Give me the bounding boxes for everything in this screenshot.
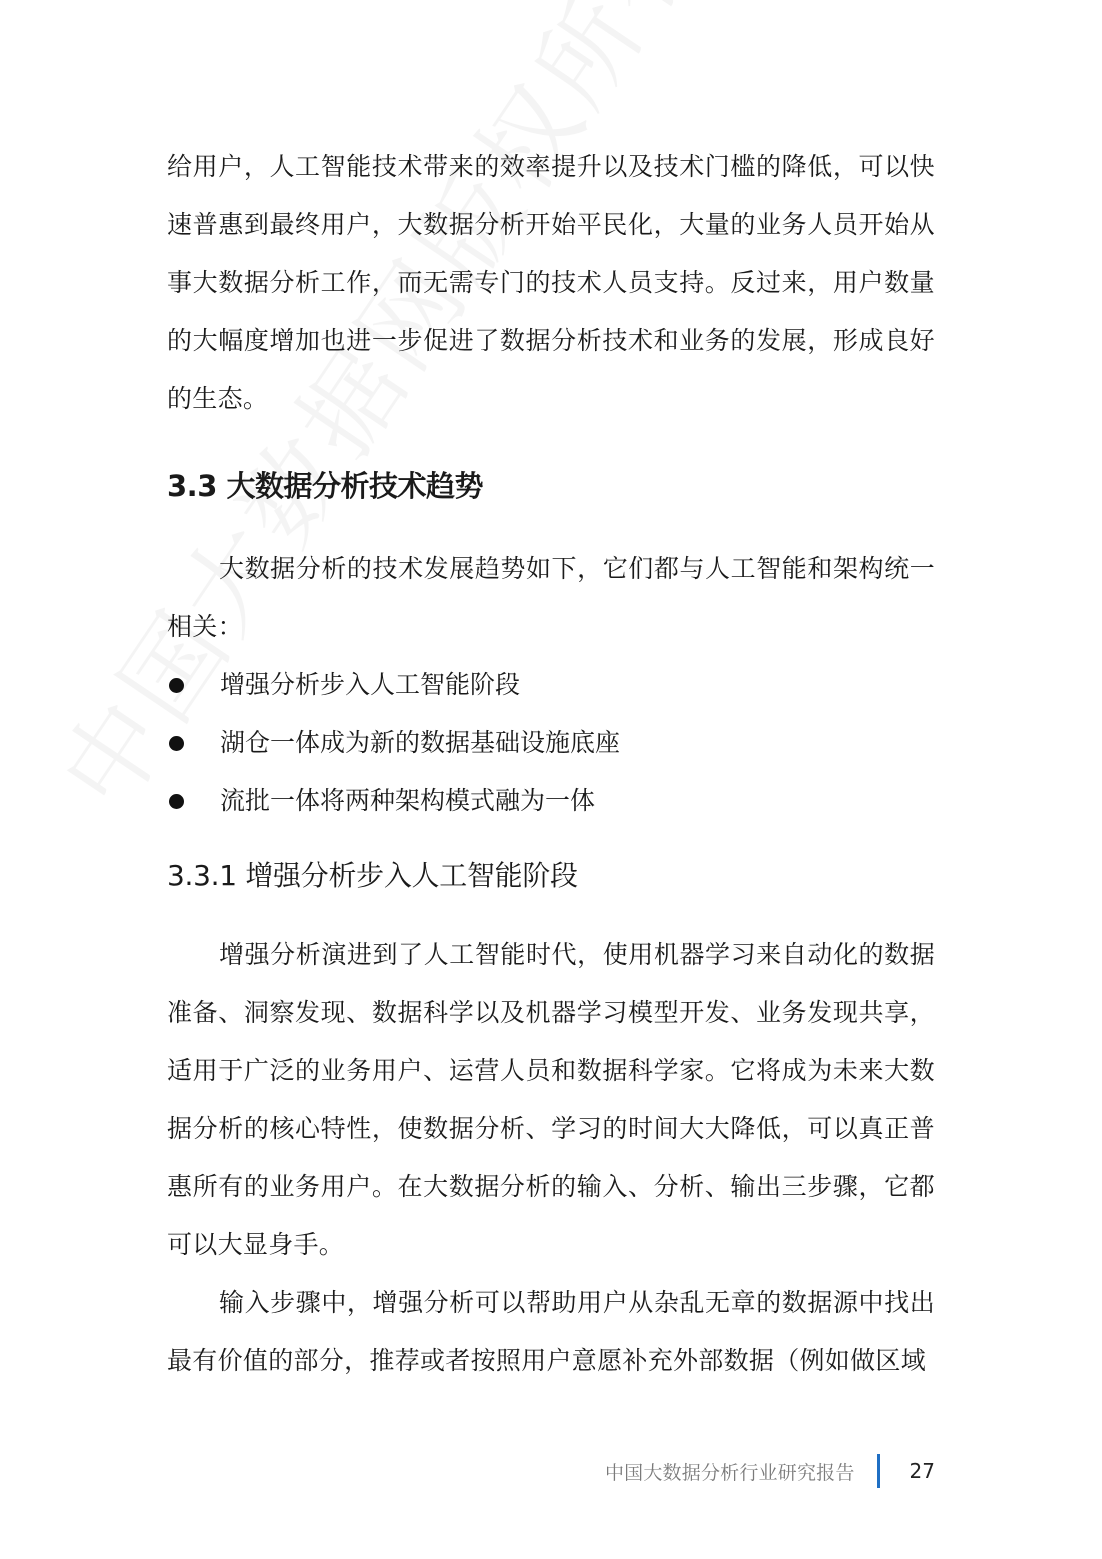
section-lead-paragraph: 大数据分析的技术发展趋势如下，它们都与人工智能和架构统一相关： [167,540,935,656]
footer-divider [877,1454,880,1488]
bullet-item: 增强分析步入人工智能阶段 [167,656,935,714]
document-page: 中国大数据网版权所有 给用户，人工智能技术带来的效率提升以及技术门槛的降低，可以… [0,0,1102,1559]
bullet-dot-icon [169,794,184,809]
subsection-paragraph: 增强分析演进到了人工智能时代，使用机器学习来自动化的数据准备、洞察发现、数据科学… [167,926,935,1274]
bullet-item: 湖仓一体成为新的数据基础设施底座 [167,714,935,772]
bullet-text: 湖仓一体成为新的数据基础设施底座 [220,714,620,772]
bullet-text: 增强分析步入人工智能阶段 [220,656,520,714]
report-title: 中国大数据分析行业研究报告 [605,1458,855,1485]
subsection-heading: 3.3.1 增强分析步入人工智能阶段 [167,856,935,896]
intro-paragraph: 给用户，人工智能技术带来的效率提升以及技术门槛的降低，可以快速普惠到最终用户，大… [167,138,935,428]
page-footer: 中国大数据分析行业研究报告 27 [0,1452,935,1490]
trend-bullet-list: 增强分析步入人工智能阶段 湖仓一体成为新的数据基础设施底座 流批一体将两种架构模… [167,656,935,830]
bullet-item: 流批一体将两种架构模式融为一体 [167,772,935,830]
bullet-dot-icon [169,736,184,751]
section-heading: 3.3 大数据分析技术趋势 [167,466,935,506]
page-number: 27 [910,1459,935,1483]
bullet-text: 流批一体将两种架构模式融为一体 [220,772,595,830]
subsection-paragraph: 输入步骤中，增强分析可以帮助用户从杂乱无章的数据源中找出最有价值的部分，推荐或者… [167,1274,935,1390]
page-content: 给用户，人工智能技术带来的效率提升以及技术门槛的降低，可以快速普惠到最终用户，大… [167,138,935,1390]
bullet-dot-icon [169,678,184,693]
